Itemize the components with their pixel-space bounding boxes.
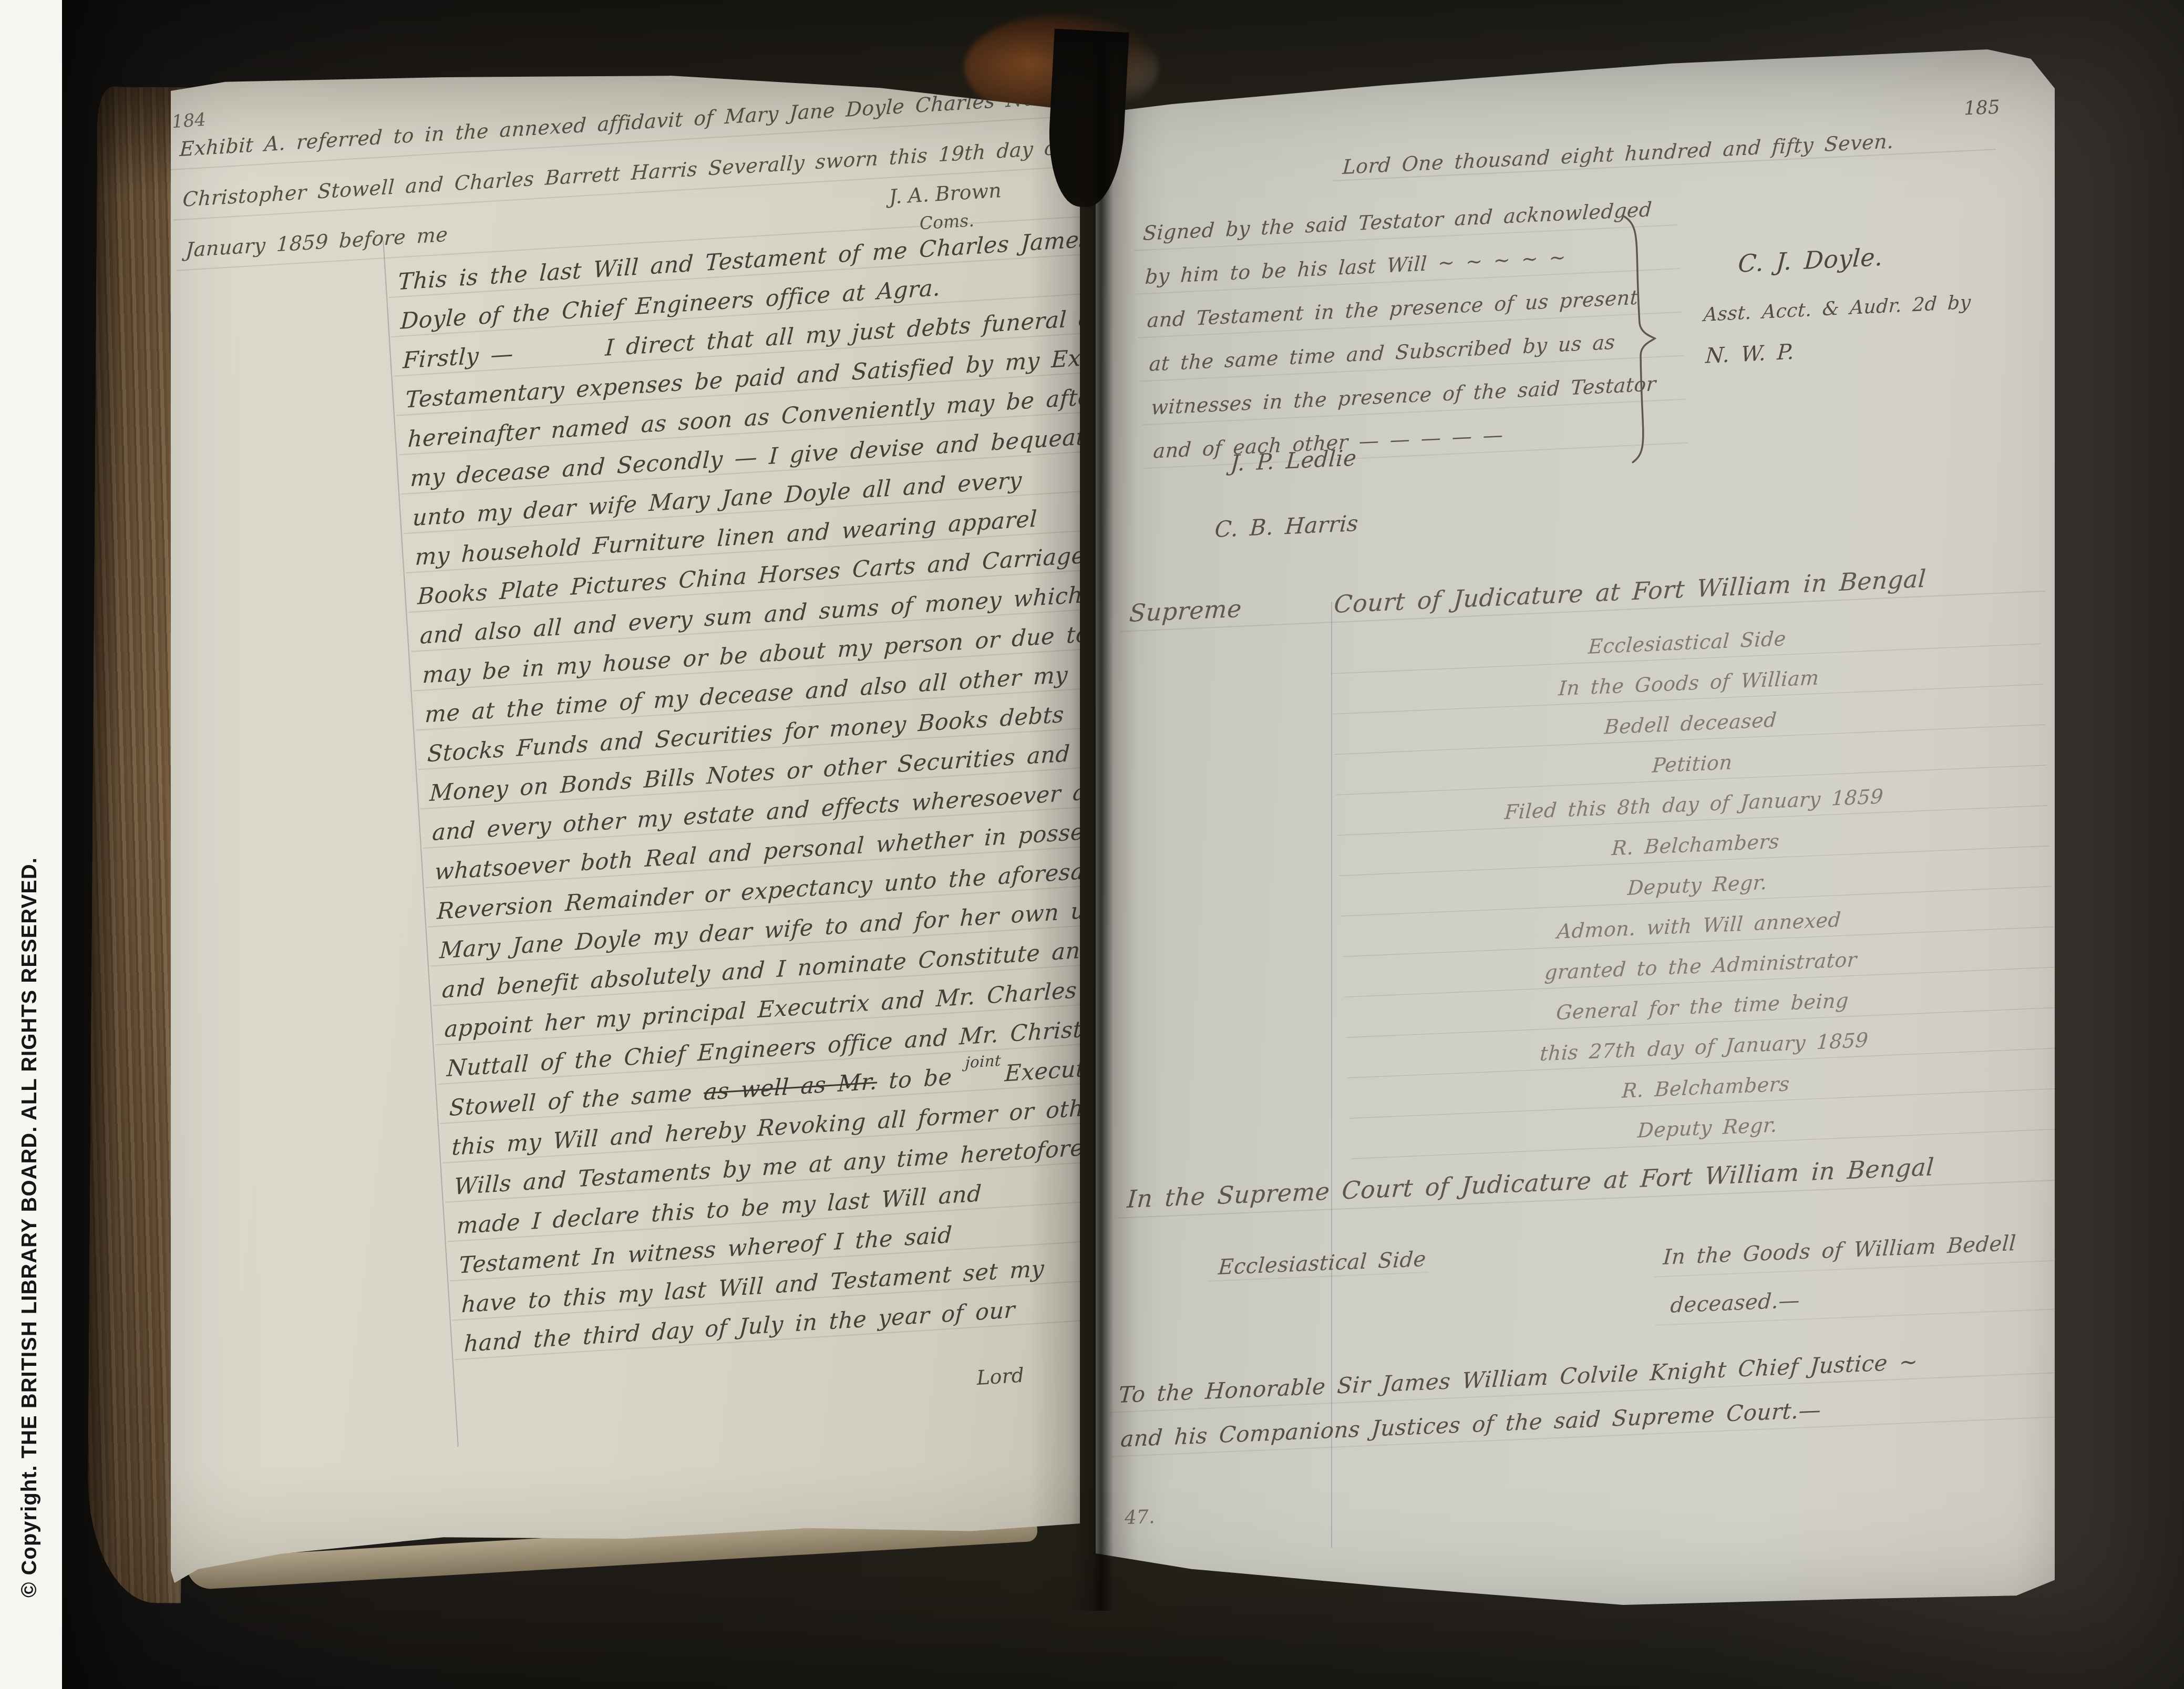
folio-mark: 47. [1124,1506,1155,1529]
ecclesiastical-side-label: Ecclesiastical Side [1218,1241,1427,1286]
court-margin-word: Supreme [1128,581,1335,636]
court-heading-rest: Court of Judicature at Fort William in B… [1333,564,1927,619]
right-page: 185 Lord One thousand eight hundred and … [1096,45,2055,1608]
address-to-justices: To the Honorable Sir James William Colvi… [1118,1334,2061,1461]
petition-column: Ecclesiastical Side In the Goods of Will… [1333,608,2062,1163]
side-label-text: Ecclesiastical Side [1217,1241,1427,1286]
witness-name: C. B. Harris [1213,505,1359,548]
witness-name: J. P. Ledlie [1229,439,1357,482]
strike-mid: to be [877,1063,964,1095]
inserted-word: joint [964,1041,1002,1083]
copyright-strip: © Copyright. THE BRITISH LIBRARY BOARD. … [0,0,62,1689]
manuscript-photo-scene: © Copyright. THE BRITISH LIBRARY BOARD. … [0,0,2184,1689]
struck-text: as well as Mr. [703,1068,878,1106]
copyright-text: © Copyright. THE BRITISH LIBRARY BOARD. … [18,857,42,1598]
firstly-word: Firstly — [403,341,514,374]
left-page: 184 Exhibit A. referred to in the annexe… [171,62,1080,1586]
witness-signature: J. P. Ledlie [1230,440,1357,482]
catchword: Lord [976,1363,1025,1389]
right-page-number: 185 [1963,97,2000,119]
will-text-block: This is the last Will and Testament of m… [397,220,1152,1364]
witness-signature: C. B. Harris [1214,505,1359,548]
testator-signature-block: C. J. Doyle. Asst. Acct. & Audr. 2d by N… [1700,221,2074,375]
year-text: Lord One thousand eight hundred and fift… [1342,118,1995,186]
year-continuation-line: Lord One thousand eight hundred and fift… [1342,118,1994,186]
attestation-block: Signed by the said Testator and acknowle… [1142,187,1687,473]
goods-of-block: In the Goods of William Bedell deceased.… [1662,1217,2065,1330]
